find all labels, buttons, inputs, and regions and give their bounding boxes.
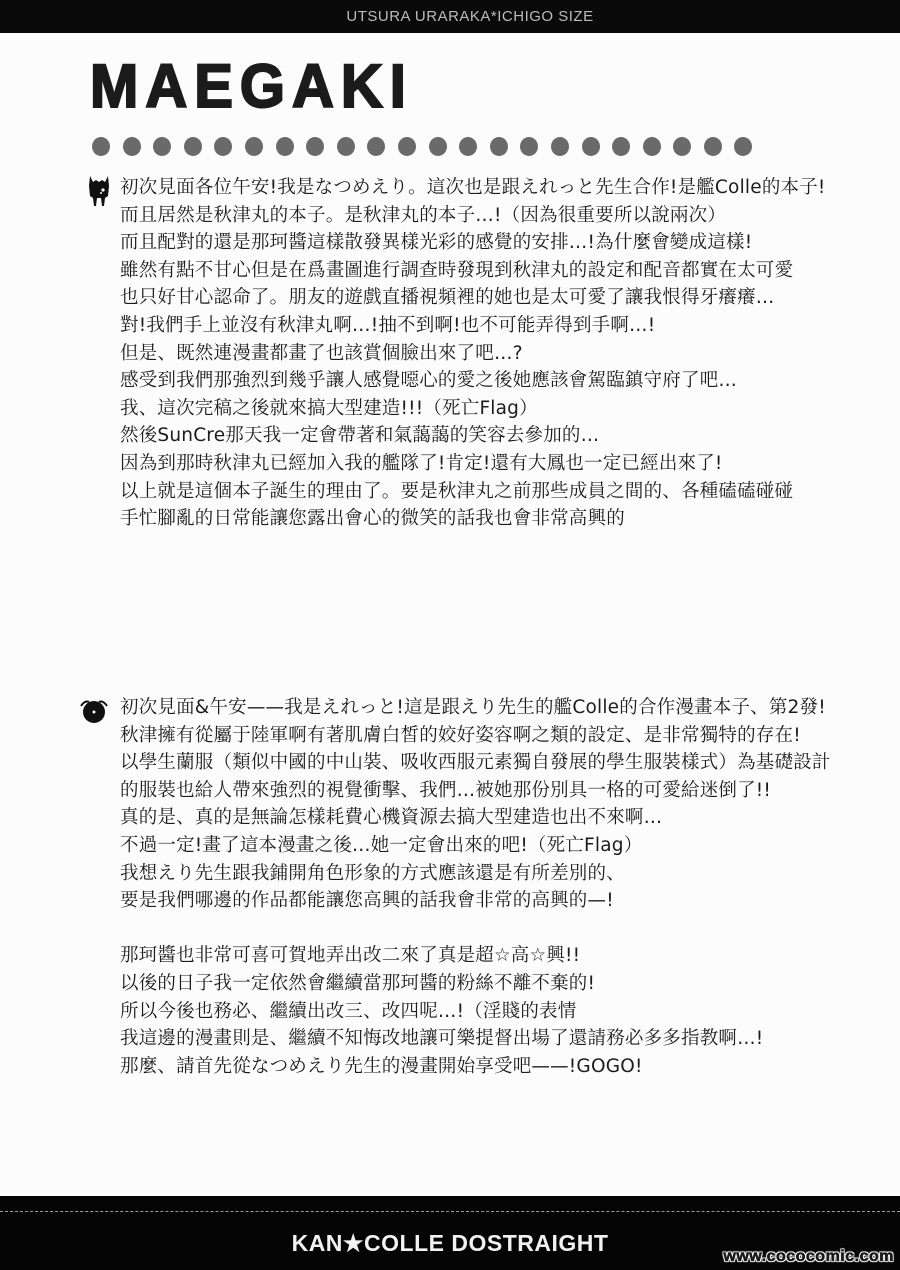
text-line: 然後SunCre那天我一定會帶著和氣藹藹的笑容去參加的…: [120, 422, 826, 450]
text-line: 也只好甘心認命了。朋友的遊戲直播視頻裡的她也是太可愛了讓我恨得牙癢癢…: [120, 284, 826, 312]
text-line: 不過一定!畫了這本漫畫之後…她一定會出來的吧!（死亡Flag）: [120, 832, 831, 860]
text-line: 而且配對的還是那珂醬這樣散發異樣光彩的感覺的安排…!為什麼會變成這樣!: [120, 229, 826, 257]
text-line: 雖然有點不甘心但是在爲畫圖進行調查時發現到秋津丸的設定和配音都實在太可愛: [120, 257, 826, 285]
text-line: 我想えり先生跟我鋪開角色形象的方式應該還是有所差別的、: [120, 860, 831, 888]
text-line: 真的是、真的是無論怎樣耗費心機資源去搞大型建造也出不來啊…: [120, 804, 831, 832]
text-line: 我、這次完稿之後就來搞大型建造!!!（死亡Flag）: [120, 395, 826, 423]
divider-dot: [582, 137, 600, 156]
text-line: 以上就是這個本子誕生的理由了。要是秋津丸之前那些成員之間的、各種磕磕碰碰: [120, 478, 826, 506]
header-bar: UTSURA URARAKA*ICHIGO SIZE: [0, 0, 900, 33]
divider-dot: [245, 137, 263, 156]
divider-dot: [643, 137, 661, 156]
text-line: 但是、既然連漫畫都畫了也該賞個臉出來了吧…?: [120, 340, 826, 368]
text-line: 秋津擁有從屬于陸軍啊有著肌膚白皙的姣好姿容啊之類的設定、是非常獨特的存在!: [120, 722, 831, 750]
text-line: 而且居然是秋津丸的本子。是秋津丸的本子…!（因為很重要所以說兩次）: [120, 202, 826, 230]
text-line: 對!我們手上並沒有秋津丸啊…!抽不到啊!也不可能弄得到手啊…!: [120, 312, 826, 340]
divider-dot: [92, 137, 110, 156]
divider-dot: [123, 137, 141, 156]
text-line: 那麼、請首先從なつめえり先生的漫畫開始享受吧——!GOGO!: [120, 1053, 831, 1081]
running-title: UTSURA URARAKA*ICHIGO SIZE: [346, 8, 593, 25]
text-line: 以後的日子我一定依然會繼續當那珂醬的粉絲不離不棄的!: [120, 970, 831, 998]
text-line: 初次見面&午安——我是えれっと!這是跟えり先生的艦Colle的合作漫畫本子、第2…: [120, 694, 831, 722]
divider-dot: [551, 137, 569, 156]
divider-dot: [520, 137, 538, 156]
dashed-divider: [0, 1211, 900, 1212]
round-face-icon: [79, 698, 109, 724]
manga-page: UTSURA URARAKA*ICHIGO SIZE MAEGAKI 初次見面各…: [0, 0, 900, 1270]
text-line: 所以今後也務必、繼續出改三、改四呢…!（淫賤的表情: [120, 998, 831, 1026]
text-line: 初次見面各位午安!我是なつめえり。這次也是跟えれっと先生合作!是艦Colle的本…: [120, 174, 826, 202]
divider-dot: [184, 137, 202, 156]
divider-dot: [490, 137, 508, 156]
divider-dot: [153, 137, 171, 156]
divider-dot: [306, 137, 324, 156]
text-line: 的服裝也給人帶來強烈的視覺衝擊、我們…被她那份別具一格的可愛給迷倒了!!: [120, 777, 831, 805]
text-line: 手忙腳亂的日常能讓您露出會心的微笑的話我也會非常高興的: [120, 505, 826, 533]
divider-dot: [398, 137, 416, 156]
watermark: www.cococomic.com: [723, 1248, 894, 1266]
cat-silhouette-icon: [86, 174, 112, 208]
text-line: 感受到我們那強烈到幾乎讓人感覺噁心的愛之後她應該會駕臨鎮守府了吧…: [120, 367, 826, 395]
text-line: 因為到那時秋津丸已經加入我的艦隊了!肯定!還有大鳳也一定已經出來了!: [120, 450, 826, 478]
divider-dot: [704, 137, 722, 156]
note-text: 初次見面&午安——我是えれっと!這是跟えり先生的艦Colle的合作漫畫本子、第2…: [120, 694, 831, 1080]
divider-dot: [367, 137, 385, 156]
divider-dot: [337, 137, 355, 156]
divider-dot: [429, 137, 447, 156]
text-line: [120, 915, 831, 943]
page-title: MAEGAKI: [90, 57, 413, 118]
divider-dot: [734, 137, 752, 156]
footer-bar: KAN★COLLE DOSTRAIGHT www.cococomic.com: [0, 1196, 900, 1270]
text-line: 以學生蘭服（類似中國的中山裝、吸收西服元素獨自發展的學生服裝樣式）為基礎設計: [120, 749, 831, 777]
text-line: 那珂醬也非常可喜可賀地弄出改二來了真是超☆高☆興!!: [120, 942, 831, 970]
divider-dot: [673, 137, 691, 156]
divider-dot: [459, 137, 477, 156]
text-line: 我這邊的漫畫則是、繼續不知悔改地讓可樂提督出場了還請務必多多指教啊…!: [120, 1025, 831, 1053]
divider-dot: [612, 137, 630, 156]
dot-divider: [92, 137, 752, 156]
divider-dot: [276, 137, 294, 156]
note-text: 初次見面各位午安!我是なつめえり。這次也是跟えれっと先生合作!是艦Colle的本…: [120, 174, 826, 533]
divider-dot: [214, 137, 232, 156]
text-line: 要是我們哪邊的作品都能讓您高興的話我會非常的高興的—!: [120, 887, 831, 915]
